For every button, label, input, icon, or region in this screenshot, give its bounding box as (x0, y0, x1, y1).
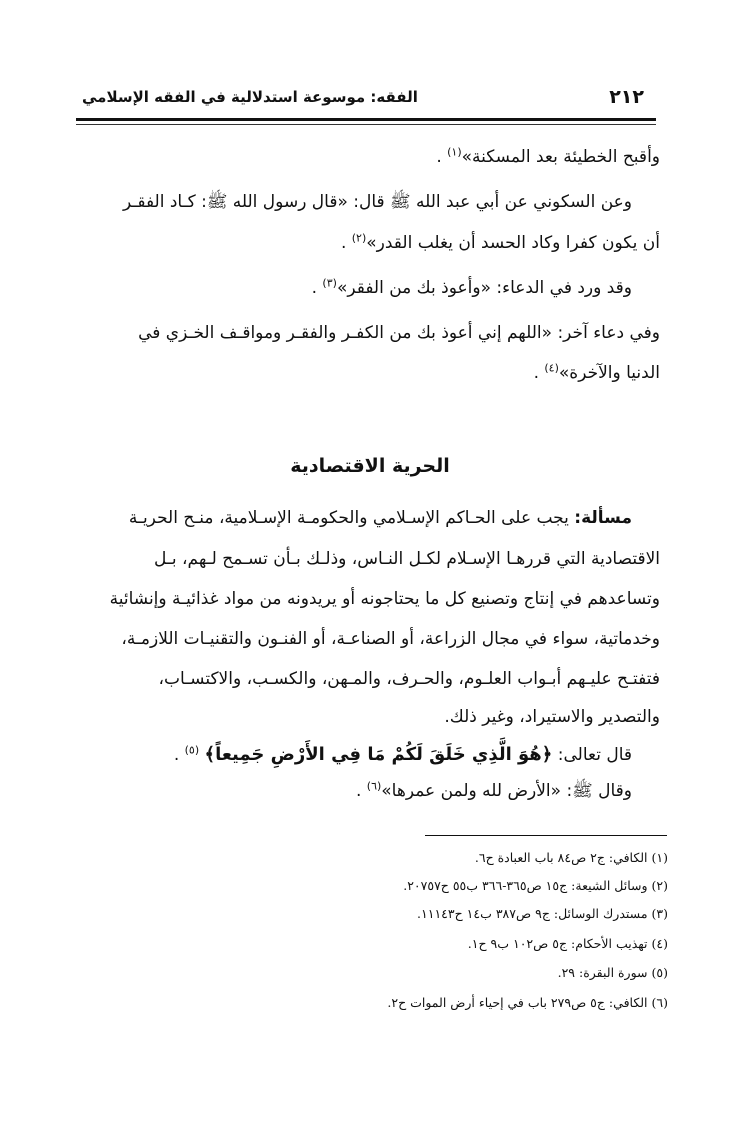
footnote-ref: (٥) (185, 743, 200, 756)
footnote-ref: (٤) (544, 361, 559, 374)
paragraph-text: وعن السكوني عن أبي عبد الله ﷺ قال: «قال … (123, 192, 632, 212)
paragraph-5-line-6: والتصدير والاستيراد، وغير ذلك. (80, 702, 660, 732)
footnote-separator (425, 835, 667, 836)
footnote-ref: (٣) (322, 276, 337, 289)
footnote-2: (٢) وسائل الشيعة: ج١٥ ص٣٦٥-٣٦٦ ب٥٥ ح٢٠٧٥… (80, 874, 668, 898)
footnote-4: (٤) تهذيب الأحكام: ج٥ ص١٠٢ ب٩ ح١. (80, 932, 668, 956)
paragraph-3: وقد ورد في الدعاء: «وأعوذ بك من الفقر»(٣… (80, 273, 632, 303)
paragraph-5-line-2: الاقتصادية التي قررهـا الإسـلام لكـل الن… (80, 544, 660, 574)
footnote-ref: (١) (447, 145, 462, 158)
footnote-6: (٦) الكافي: ج٥ ص٢٧٩ باب في إحياء أرض الم… (80, 991, 668, 1015)
quote-intro: قال تعالى: (552, 745, 632, 765)
footnote-3: (٣) مستدرك الوسائل: ج٩ ص٣٨٧ ب١٤ ح١١١٤٣. (80, 902, 668, 926)
paragraph-text: والتصدير والاستيراد، وغير ذلك. (444, 707, 660, 727)
paragraph-text: وقال ﷺ: «الأرض لله ولمن عمرها» (381, 781, 632, 801)
paragraph-5-line-5: فتفتـح عليـهم أبـواب العلـوم، والحـرف، و… (80, 664, 660, 694)
paragraph-text: الدنيا والآخرة» (559, 363, 660, 383)
paragraph-text: وأقبح الخطيئة بعد المسكنة» (462, 147, 660, 167)
paragraph-text: وقد ورد في الدعاء: «وأعوذ بك من الفقر» (337, 278, 632, 298)
paragraph-5-line-3: وتساعدهم في إنتاج وتصنيع كل ما يحتاجونه … (80, 584, 660, 614)
running-header: ٢١٢ الفقه: موسوعة استدلالية في الفقه الإ… (76, 84, 656, 114)
paragraph-text: فتفتـح عليـهم أبـواب العلـوم، والحـرف، و… (159, 669, 660, 689)
running-title: الفقه: موسوعة استدلالية في الفقه الإسلام… (82, 88, 418, 106)
page-number: ٢١٢ (609, 86, 644, 108)
quran-verse: ﴿هُوَ الَّذِي خَلَقَ لَكُمْ مَا فِي الأَ… (205, 744, 553, 765)
paragraph-5-line-4: وخدماتية، سواء في مجال الزراعة، أو الصنا… (80, 624, 660, 654)
paragraph-4-line-1: وفي دعاء آخر: «اللهم إني أعوذ بك من الكف… (80, 318, 660, 348)
period: . (534, 363, 539, 383)
header-rule-thin (76, 124, 656, 125)
section-heading: الحرية الاقتصادية (80, 455, 660, 477)
period: . (312, 278, 317, 298)
header-rule-thick (76, 118, 656, 121)
footnote-ref: (٦) (367, 779, 382, 792)
period: . (436, 147, 441, 167)
footnote-1: (١) الكافي: ج٢ ص٨٤ باب العبادة ح٦. (80, 846, 668, 870)
paragraph-2-line-1: وعن السكوني عن أبي عبد الله ﷺ قال: «قال … (80, 187, 632, 217)
paragraph-6: قال تعالى: ﴿هُوَ الَّذِي خَلَقَ لَكُمْ م… (80, 740, 632, 770)
paragraph-1: وأقبح الخطيئة بعد المسكنة»(١) . (80, 142, 660, 172)
paragraph-4-line-2: الدنيا والآخرة»(٤) . (80, 358, 660, 388)
paragraph-5-line-1: مسألة: يجب على الحـاكم الإسـلامي والحكوم… (80, 503, 632, 533)
paragraph-text: وفي دعاء آخر: «اللهم إني أعوذ بك من الكف… (138, 323, 660, 343)
paragraph-text: الاقتصادية التي قررهـا الإسـلام لكـل الن… (154, 549, 660, 569)
paragraph-text: أن يكون كفرا وكاد الحسد أن يغلب القدر» (366, 233, 660, 253)
paragraph-2-line-2: أن يكون كفرا وكاد الحسد أن يغلب القدر»(٢… (80, 228, 660, 258)
footnote-5: (٥) سورة البقرة: ٢٩. (80, 961, 668, 985)
paragraph-text: وتساعدهم في إنتاج وتصنيع كل ما يحتاجونه … (110, 589, 660, 609)
book-page: ٢١٢ الفقه: موسوعة استدلالية في الفقه الإ… (0, 0, 751, 1125)
period: . (341, 233, 346, 253)
footnote-ref: (٢) (352, 231, 367, 244)
paragraph-text: وخدماتية، سواء في مجال الزراعة، أو الصنا… (121, 629, 660, 649)
paragraph-7: وقال ﷺ: «الأرض لله ولمن عمرها»(٦) . (80, 776, 632, 806)
period: . (174, 745, 179, 765)
paragraph-text: يجب على الحـاكم الإسـلامي والحكومـة الإس… (129, 508, 569, 528)
lead-word: مسألة: (574, 508, 632, 528)
period: . (356, 781, 361, 801)
